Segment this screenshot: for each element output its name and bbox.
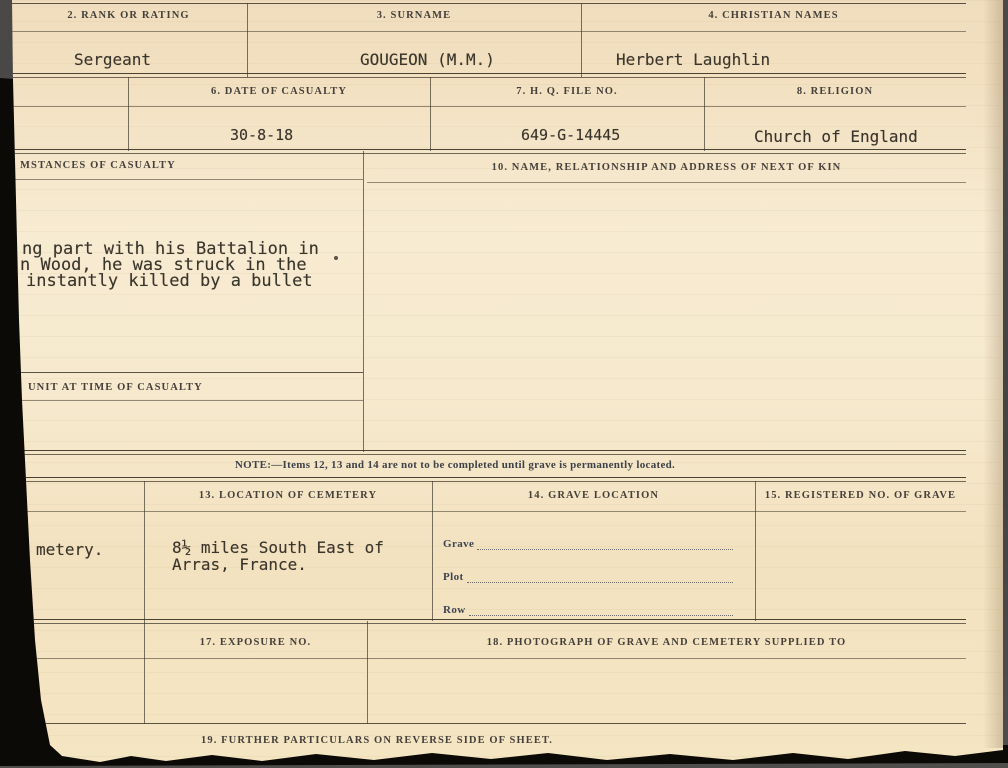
field-date-of-casualty-value: 30-8-18	[230, 126, 293, 144]
grave-field-label: Grave	[443, 538, 474, 550]
field-next-of-kin-label: 10. NAME, RELATIONSHIP AND ADDRESS OF NE…	[367, 162, 966, 173]
cemetery-name-fragment: metery.	[36, 540, 103, 559]
circumstances-line-3: instantly killed by a bullet	[26, 271, 313, 291]
field-religion-label: 8. RELIGION	[704, 86, 966, 97]
field-rank-value: Sergeant	[74, 50, 151, 69]
field-grave-location-label: 14. GRAVE LOCATION	[432, 490, 755, 501]
field-registered-grave-label: 15. REGISTERED NO. OF GRAVE	[755, 490, 966, 501]
rule	[10, 31, 966, 32]
dotted-leader	[469, 602, 733, 616]
field-date-of-casualty-label: 6. DATE OF CASUALTY	[128, 86, 430, 97]
grave-field: Grave	[443, 536, 733, 550]
cemetery-location-line-2: Arras, France.	[172, 555, 307, 574]
rule	[363, 151, 364, 452]
rule	[10, 723, 966, 724]
field-photograph-label: 18. PHOTOGRAPH OF GRAVE AND CEMETERY SUP…	[367, 637, 966, 648]
rule	[0, 450, 966, 455]
paper-sheet: 2. RANK OR RATING 3. SURNAME 4. CHRISTIA…	[0, 0, 1008, 768]
rule	[10, 73, 966, 78]
rule	[755, 481, 756, 621]
field-hq-file-no-label: 7. H. Q. FILE NO.	[430, 86, 704, 97]
row-field-label: Row	[443, 604, 466, 616]
field-christian-names-value: Herbert Laughlin	[616, 50, 770, 69]
field-exposure-no-label: 17. EXPOSURE NO.	[144, 637, 367, 648]
rule	[0, 106, 966, 107]
field-religion-value: Church of England	[754, 127, 918, 146]
rule	[0, 400, 363, 401]
ink-speck	[334, 256, 338, 260]
field-surname-label: 3. SURNAME	[247, 10, 581, 21]
rule	[367, 182, 966, 183]
row-field: Row	[443, 602, 733, 616]
rule	[144, 481, 145, 621]
rule	[10, 3, 966, 4]
rule	[0, 179, 363, 180]
field-surname-value: GOUGEON (M.M.)	[360, 50, 495, 69]
plot-field-label: Plot	[443, 571, 464, 583]
dotted-leader	[467, 569, 733, 583]
rule	[432, 481, 433, 621]
rule	[0, 149, 966, 154]
plot-field: Plot	[443, 569, 733, 583]
field-christian-names-label: 4. CHRISTIAN NAMES	[581, 10, 966, 21]
field-hq-file-no-value: 649-G-14445	[521, 126, 620, 144]
right-edge-shadow	[983, 0, 1003, 748]
field-unit-label: UNIT AT TIME OF CASUALTY	[28, 382, 358, 393]
field-circumstances-label: MSTANCES OF CASUALTY	[20, 160, 360, 171]
footer-further-particulars: 19. FURTHER PARTICULARS ON REVERSE SIDE …	[201, 735, 601, 746]
note-items-12-13-14: NOTE:—Items 12, 13 and 14 are not to be …	[130, 459, 780, 471]
field-rank-label: 2. RANK OR RATING	[10, 10, 247, 21]
field-location-of-cemetery-label: 13. LOCATION OF CEMETERY	[144, 490, 432, 501]
rule	[0, 372, 363, 373]
scanned-casualty-form: 2. RANK OR RATING 3. SURNAME 4. CHRISTIA…	[0, 0, 1008, 768]
dotted-leader	[477, 536, 733, 550]
